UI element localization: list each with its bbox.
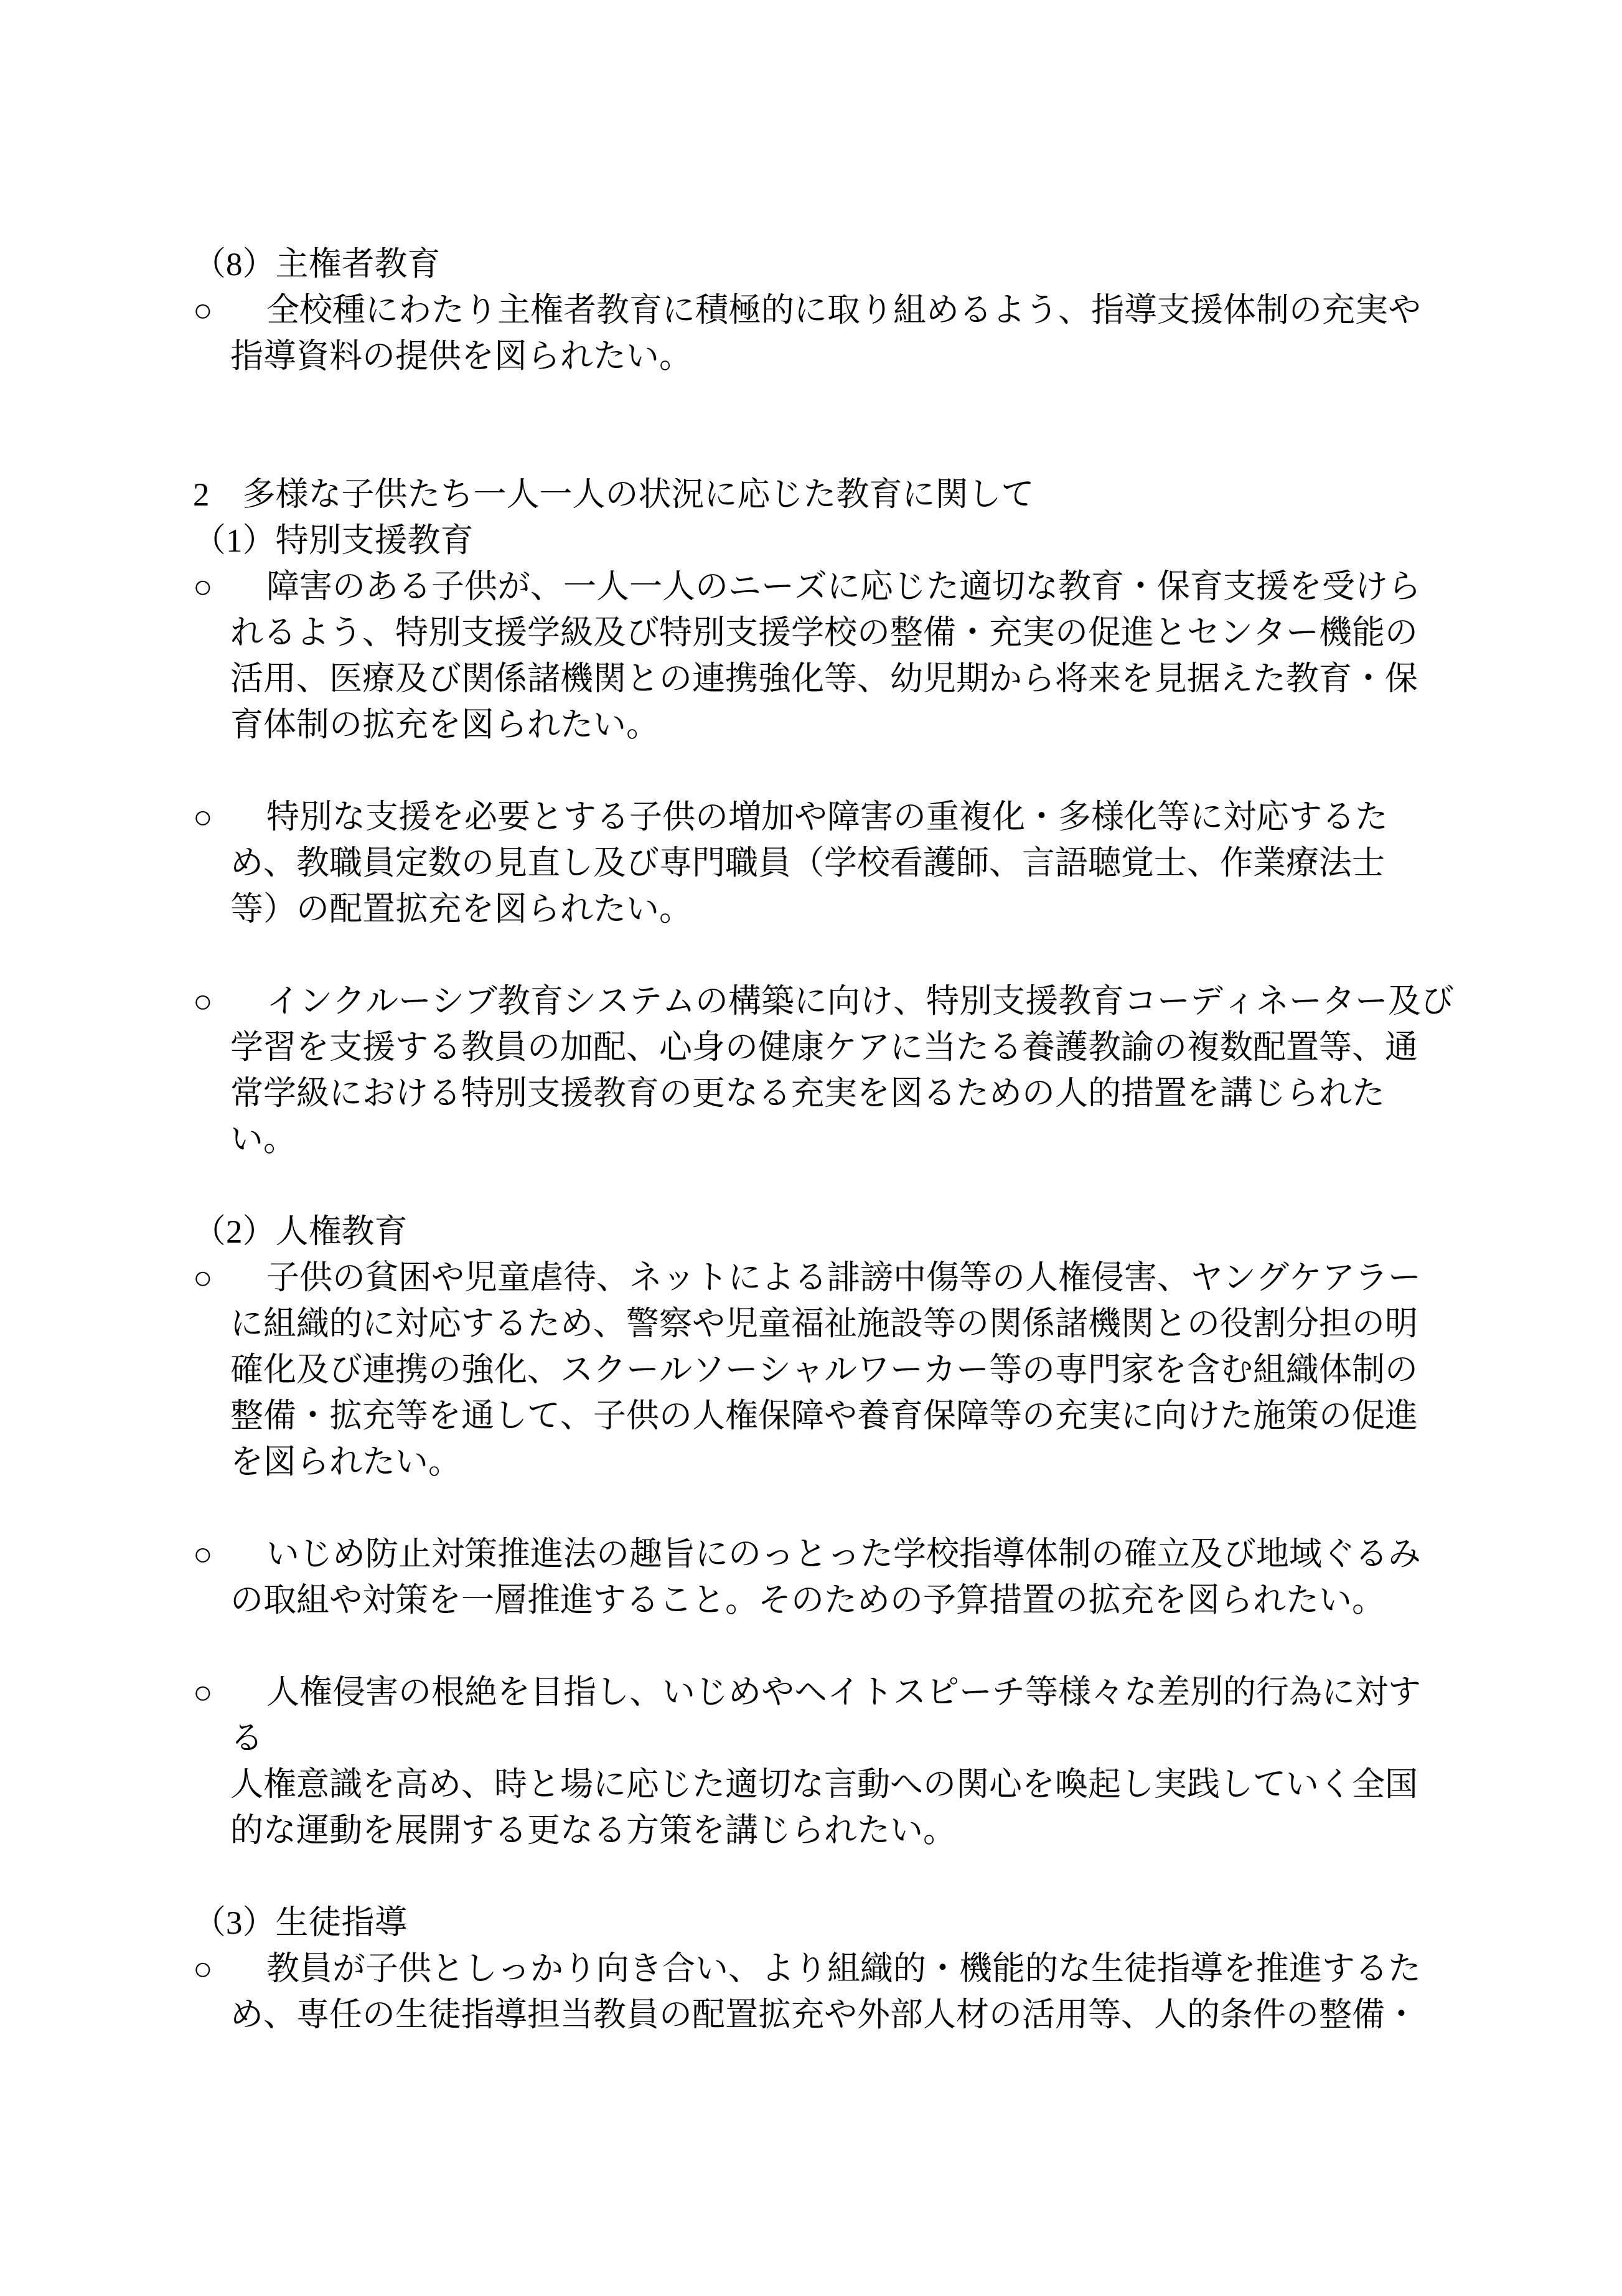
line-text: 整備・拡充等を通して、子供の人権保障や養育保障等の充実に向けた施策の促進 [230,1398,1418,1434]
bullet-paragraph-first-line: ○人権侵害の根絶を目指し、いじめやヘイトスピーチ等様々な差別的行為に対す [193,1670,1438,1716]
line-text: に組織的に対応するため、警察や児童福祉施設等の関係諸機関との役割分担の明 [230,1306,1418,1342]
line-text: 人権意識を高め、時と場に応じた適切な言動への関心を喚起し実践していく全国 [230,1767,1418,1803]
bullet-paragraph-continuation-line: の取組や対策を一層推進すること。そのための予算措置の拡充を図られたい。 [193,1578,1438,1624]
line-text: 子供の貧困や児童虐待、ネットによる誹謗中傷等の人権侵害、ヤングケアラー [266,1260,1421,1296]
line-text: 等）の配置拡充を図られたい。 [230,892,692,928]
bullet-paragraph-continuation-line: に組織的に対応するため、警察や児童福祉施設等の関係諸機関との役割分担の明 [193,1301,1438,1347]
bullet-paragraph-first-line: ○特別な支援を必要とする子供の増加や障害の重複化・多様化等に対応するた [193,794,1438,840]
blank-line [193,748,1438,794]
line-text: （8）主権者教育 [193,247,441,283]
line-text: め、教職員定数の見直し及び専門職員（学校看護師、言語聴覚士、作業療法士 [230,845,1385,882]
bullet-paragraph-continuation-line: る [193,1716,1438,1762]
bullet-circle-icon: ○ [193,794,266,840]
line-text: 指導資料の提供を図られたい。 [230,339,692,375]
blank-line [193,1624,1438,1670]
line-text: （2）人権教育 [193,1214,408,1250]
bullet-paragraph-continuation-line: 学習を支援する教員の加配、心身の健康ケアに当たる養護教諭の複数配置等、通 [193,1025,1438,1071]
blank-line [193,1854,1438,1900]
section-heading: （8）主権者教育 [193,242,1438,288]
bullet-paragraph-continuation-line: 常学級における特別支援教育の更なる充実を図るための人的措置を講じられた [193,1071,1438,1117]
blank-line [193,426,1438,472]
line-text: 全校種にわたり主権者教育に積極的に取り組めるよう、指導支援体制の充実や [266,293,1421,329]
line-text: 特別な支援を必要とする子供の増加や障害の重複化・多様化等に対応するた [266,799,1388,835]
bullet-paragraph-continuation-line: い。 [193,1117,1438,1163]
line-text: 育体制の拡充を図られたい。 [230,707,659,743]
bullet-paragraph-continuation-line: 育体制の拡充を図られたい。 [193,702,1438,748]
bullet-paragraph-first-line: ○いじめ防止対策推進法の趣旨にのっとった学校指導体制の確立及び地域ぐるみ [193,1531,1438,1578]
section-heading: （2）人権教育 [193,1209,1438,1255]
line-text: 教員が子供としっかり向き合い、より組織的・機能的な生徒指導を推進するた [266,1951,1421,1987]
line-text: を図られたい。 [230,1444,461,1480]
bullet-paragraph-continuation-line: 整備・拡充等を通して、子供の人権保障や養育保障等の充実に向けた施策の促進 [193,1393,1438,1439]
blank-line [193,1163,1438,1209]
bullet-paragraph-first-line: ○インクルーシブ教育システムの構築に向け、特別支援教育コーディネーター及び [193,979,1438,1025]
line-text: 2 多様な子供たち一人一人の状況に応じた教育に関して [193,477,1034,513]
bullet-circle-icon: ○ [193,288,266,334]
bullet-circle-icon: ○ [193,1946,266,1992]
bullet-paragraph-continuation-line: 活用、医療及び関係諸機関との連携強化等、幼児期から将来を見据えた教育・保 [193,656,1438,702]
bullet-paragraph-first-line: ○教員が子供としっかり向き合い、より組織的・機能的な生徒指導を推進するた [193,1946,1438,1992]
line-text: の取組や対策を一層推進すること。そのための予算措置の拡充を図られたい。 [230,1583,1385,1619]
line-text: め、専任の生徒指導担当教員の配置拡充や外部人材の活用等、人的条件の整備・ [230,1997,1418,2033]
line-text: い。 [230,1122,296,1158]
bullet-circle-icon: ○ [193,979,266,1025]
bullet-paragraph-continuation-line: 指導資料の提供を図られたい。 [193,334,1438,380]
line-text: （3）生徒指導 [193,1905,408,1941]
bullet-paragraph-first-line: ○障害のある子供が、一人一人のニーズに応じた適切な教育・保育支援を受けら [193,564,1438,610]
text-block: （8）主権者教育○全校種にわたり主権者教育に積極的に取り組めるよう、指導支援体制… [193,242,1438,2038]
line-text: 確化及び連携の強化、スクールソーシャルワーカー等の専門家を含む組織体制の [230,1352,1418,1388]
bullet-circle-icon: ○ [193,1531,266,1578]
bullet-paragraph-continuation-line: 等）の配置拡充を図られたい。 [193,887,1438,933]
line-text: インクルーシブ教育システムの構築に向け、特別支援教育コーディネーター及び [266,984,1454,1020]
line-text: 常学級における特別支援教育の更なる充実を図るための人的措置を講じられた [230,1076,1385,1112]
bullet-paragraph-continuation-line: を図られたい。 [193,1439,1438,1485]
bullet-paragraph-continuation-line: れるよう、特別支援学級及び特別支援学校の整備・充実の促進とセンター機能の [193,610,1438,656]
section-heading: （1）特別支援教育 [193,518,1438,564]
document-page: （8）主権者教育○全校種にわたり主権者教育に積極的に取り組めるよう、指導支援体制… [0,0,1622,2296]
line-text: 障害のある子供が、一人一人のニーズに応じた適切な教育・保育支援を受けら [266,569,1421,605]
line-text: 人権侵害の根絶を目指し、いじめやヘイトスピーチ等様々な差別的行為に対す [266,1675,1421,1711]
line-text: れるよう、特別支援学級及び特別支援学校の整備・充実の促進とセンター機能の [230,615,1418,651]
bullet-paragraph-continuation-line: め、専任の生徒指導担当教員の配置拡充や外部人材の活用等、人的条件の整備・ [193,1992,1438,2038]
bullet-circle-icon: ○ [193,1670,266,1716]
line-text: いじめ防止対策推進法の趣旨にのっとった学校指導体制の確立及び地域ぐるみ [266,1536,1421,1573]
section-heading: （3）生徒指導 [193,1900,1438,1946]
line-text: 的な運動を展開する更なる方策を講じられたい。 [230,1813,956,1849]
bullet-circle-icon: ○ [193,564,266,610]
line-text: る [230,1721,263,1757]
blank-line [193,380,1438,426]
blank-line [193,1485,1438,1531]
bullet-paragraph-first-line: ○子供の貧困や児童虐待、ネットによる誹謗中傷等の人権侵害、ヤングケアラー [193,1255,1438,1301]
bullet-paragraph-continuation-line: 的な運動を展開する更なる方策を講じられたい。 [193,1808,1438,1854]
bullet-circle-icon: ○ [193,1255,266,1301]
bullet-paragraph-first-line: ○全校種にわたり主権者教育に積極的に取り組めるよう、指導支援体制の充実や [193,288,1438,334]
line-text: 活用、医療及び関係諸機関との連携強化等、幼児期から将来を見据えた教育・保 [230,661,1418,697]
bullet-paragraph-continuation-line: 人権意識を高め、時と場に応じた適切な言動への関心を喚起し実践していく全国 [193,1762,1438,1808]
bullet-paragraph-continuation-line: め、教職員定数の見直し及び専門職員（学校看護師、言語聴覚士、作業療法士 [193,840,1438,887]
section-heading: 2 多様な子供たち一人一人の状況に応じた教育に関して [193,472,1438,518]
blank-line [193,933,1438,979]
bullet-paragraph-continuation-line: 確化及び連携の強化、スクールソーシャルワーカー等の専門家を含む組織体制の [193,1347,1438,1393]
line-text: （1）特別支援教育 [193,523,474,559]
line-text: 学習を支援する教員の加配、心身の健康ケアに当たる養護教諭の複数配置等、通 [230,1030,1418,1066]
